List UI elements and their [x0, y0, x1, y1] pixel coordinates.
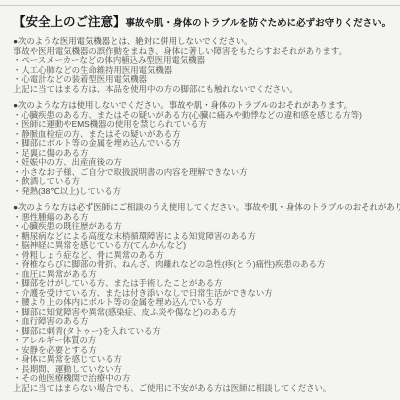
- list-item: ・発熱(38℃以上)している方: [13, 187, 392, 197]
- safety-notice-document: 【安全上のご注意】事故や肌・身体のトラブルを防ぐために必ずお守りください。 ●次…: [0, 0, 400, 393]
- section-note: 上記に当てはまらない場合でも、ご使用に不安がある方は医師に相談してください。: [13, 384, 392, 394]
- page-title-bracket: 【安全上のご注意】: [13, 15, 126, 29]
- notice-sections: ●次のような医用電気機器とは、絶対に併用しないでください。事故や医用電気機器の誤…: [13, 37, 392, 393]
- page-title: 【安全上のご注意】事故や肌・身体のトラブルを防ぐために必ずお守りください。: [13, 12, 392, 31]
- notice-section: ●次のような方は必ず医師にご相談のうえ使用してください。事故や肌・身体のトラブル…: [13, 203, 392, 393]
- notice-section: ●次のような方は使用しないでください。事故や肌・身体のトラブルのおそれがあります…: [13, 101, 392, 196]
- page-title-subtitle: 事故や肌・身体のトラブルを防ぐために必ずお守りください。: [126, 18, 392, 29]
- notice-section: ●次のような医用電気機器とは、絶対に併用しないでください。事故や医用電気機器の誤…: [13, 37, 392, 94]
- section-note: 上記に当てはまる方は、本品を使用中の方の脚部にも触れないでください。: [13, 85, 392, 95]
- top-divider: [0, 5, 400, 6]
